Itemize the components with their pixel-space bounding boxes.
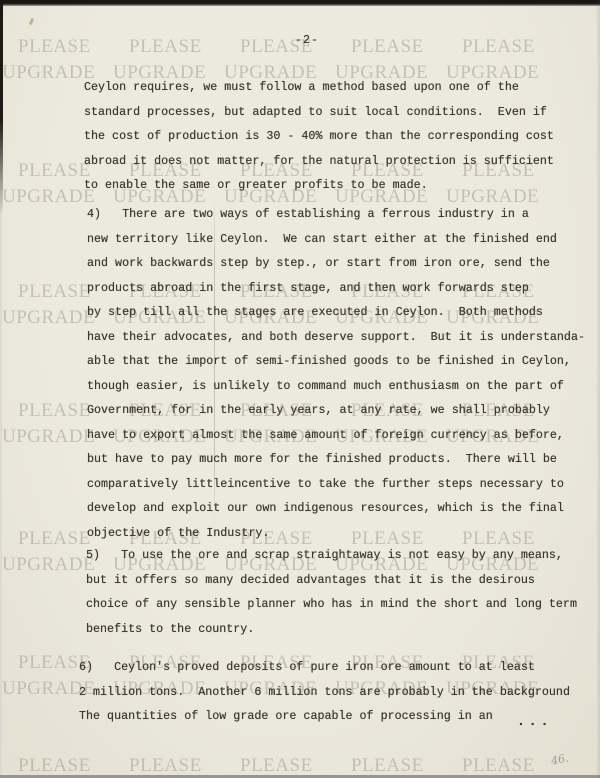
watermark-word: PLEASE bbox=[18, 400, 91, 422]
text-line: Ceylon requires, we must follow a method… bbox=[84, 75, 519, 100]
watermark-word: UPGRADE bbox=[2, 62, 95, 84]
text-line: The quantities of low grade ore capable … bbox=[79, 704, 493, 729]
text-line: products abroad in the first stage, and … bbox=[87, 276, 529, 301]
text-line: and work backwards step by step., or sta… bbox=[87, 251, 550, 276]
text-line: choice of any sensible planner who has i… bbox=[86, 592, 577, 617]
watermark-word: UPGRADE bbox=[2, 307, 95, 329]
text-line: 4) There are two ways of establishing a … bbox=[87, 202, 529, 227]
text-line: have to export almost the same amount of… bbox=[87, 423, 564, 448]
text-line: but have to pay much more for the finish… bbox=[87, 447, 557, 472]
text-line: abroad it does not matter, for the natur… bbox=[84, 149, 554, 174]
watermark-word: UPGRADE bbox=[2, 554, 95, 576]
watermark-word: PLEASE bbox=[18, 281, 91, 303]
watermark-word: PLEASE bbox=[129, 36, 202, 58]
text-line: to enable the same or greater profits to… bbox=[84, 173, 428, 198]
watermark-word: PLEASE bbox=[18, 755, 91, 777]
watermark-word: PLEASE bbox=[462, 755, 535, 777]
text-line: benefits to the country. bbox=[86, 617, 254, 642]
text-line: Government, for in the early years, at a… bbox=[87, 398, 550, 423]
watermark-word: PLEASE bbox=[351, 755, 424, 777]
text-line: 5) To use the ore and scrap straightaway… bbox=[86, 543, 563, 568]
text-line: though easier, is unlikely to command mu… bbox=[87, 374, 564, 399]
text-line: 6) Ceylon's proved deposits of pure iron… bbox=[79, 655, 535, 680]
scan-edge-top bbox=[0, 0, 600, 6]
pencil-annotation: 46. bbox=[550, 751, 570, 767]
watermark-word: PLEASE bbox=[462, 36, 535, 58]
continuation-dots: ... bbox=[517, 714, 552, 729]
scan-edge-left-dark bbox=[0, 0, 3, 215]
watermark-word: PLEASE bbox=[240, 755, 313, 777]
text-line: standard processes, but adapted to suit … bbox=[84, 100, 547, 125]
scan-edge-right bbox=[596, 0, 600, 778]
paper-speck bbox=[29, 18, 34, 26]
text-line: have their advocates, and both deserve s… bbox=[87, 325, 585, 350]
text-line: able that the import of semi-finished go… bbox=[87, 349, 571, 374]
watermark-word: PLEASE bbox=[351, 36, 424, 58]
watermark-word: PLEASE bbox=[18, 528, 91, 550]
text-line: objective of the Industry. bbox=[87, 521, 269, 546]
text-line: but it offers so many decided advantages… bbox=[86, 568, 535, 593]
scanned-page: PLEASEPLEASEPLEASEPLEASEPLEASEUPGRADEUPG… bbox=[0, 0, 600, 778]
page-number: -2- bbox=[295, 33, 319, 47]
text-line: 2 million tons. Another 6 million tons a… bbox=[79, 680, 570, 705]
watermark-word: PLEASE bbox=[129, 755, 202, 777]
watermark-word: UPGRADE bbox=[2, 186, 95, 208]
watermark-word: PLEASE bbox=[18, 160, 91, 182]
watermark-word: UPGRADE bbox=[2, 426, 95, 448]
watermark-word: PLEASE bbox=[18, 36, 91, 58]
text-line: comparatively littleincentive to take th… bbox=[87, 472, 564, 497]
text-line: by step till all the stages are executed… bbox=[87, 300, 543, 325]
text-line: the cost of production is 30 - 40% more … bbox=[84, 124, 554, 149]
text-line: new territory like Ceylon. We can start … bbox=[87, 227, 557, 252]
text-line: develop and exploit our own indigenous r… bbox=[87, 496, 564, 521]
